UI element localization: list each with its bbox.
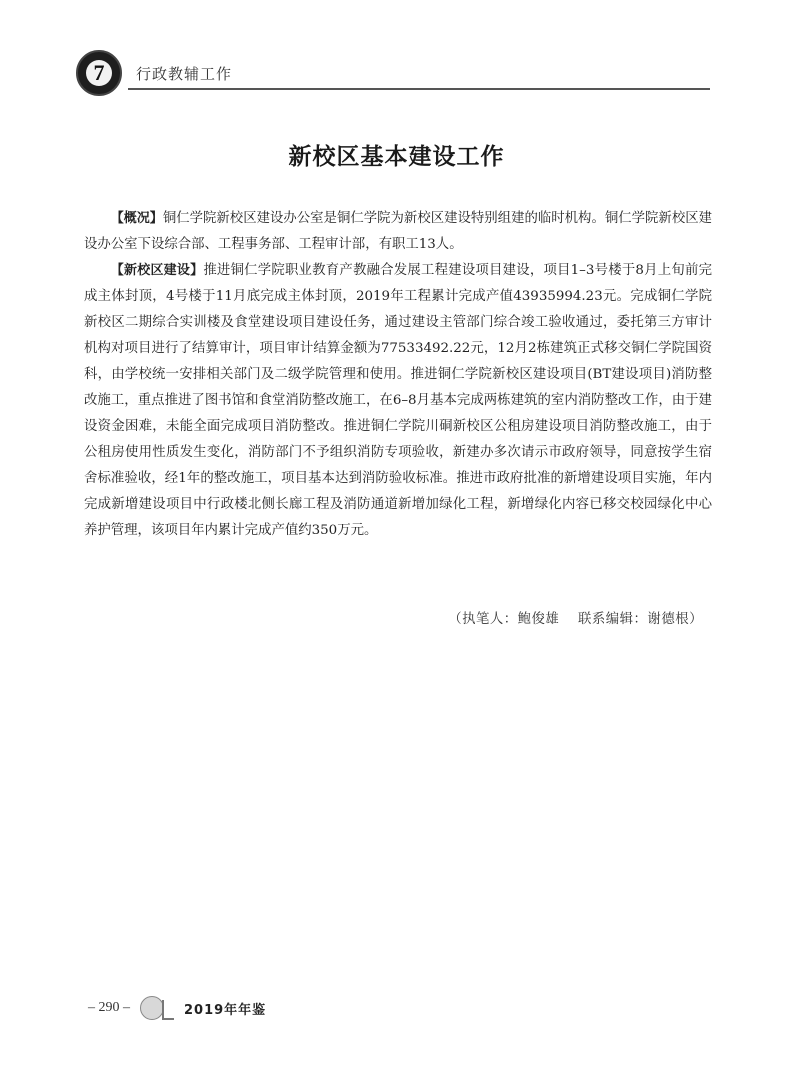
- article-body: 【概况】铜仁学院新校区建设办公室是铜仁学院为新校区建设特别组建的临时机构。铜仁学…: [84, 206, 712, 544]
- paragraph-text: 铜仁学院新校区建设办公室是铜仁学院为新校区建设特别组建的临时机构。铜仁学院新校区…: [84, 211, 712, 252]
- paragraph-text: 推进铜仁学院职业教育产教融合发展工程建设项目建设，项目1–3号楼于8月上旬前完成…: [84, 263, 712, 538]
- university-emblem-icon: 7: [76, 50, 122, 96]
- page-footer: – 290 – 2019年年鉴: [88, 993, 266, 1023]
- article-title: 新校区基本建设工作: [0, 138, 793, 171]
- logo-glyph: 7: [86, 60, 112, 86]
- section-tag-overview: 【概况】: [111, 211, 163, 226]
- yearbook-emblem-icon: [140, 996, 174, 1020]
- emblem-circle: [140, 996, 164, 1020]
- yearbook-label: 2019年年鉴: [184, 999, 266, 1018]
- paragraph-overview: 【概况】铜仁学院新校区建设办公室是铜仁学院为新校区建设特别组建的临时机构。铜仁学…: [84, 206, 712, 258]
- section-tag-new-campus-construction: 【新校区建设】: [111, 263, 204, 278]
- section-title: 行政教辅工作: [136, 63, 232, 84]
- page-number: – 290 –: [88, 1000, 130, 1016]
- page-header: 7 行政教辅工作: [70, 46, 710, 94]
- paragraph-new-campus-construction: 【新校区建设】推进铜仁学院职业教育产教融合发展工程建设项目建设，项目1–3号楼于…: [84, 258, 712, 544]
- emblem-figure: [162, 1000, 174, 1020]
- header-divider: [128, 88, 710, 90]
- byline: （执笔人：鲍俊雄 联系编辑：谢德根）: [448, 608, 703, 627]
